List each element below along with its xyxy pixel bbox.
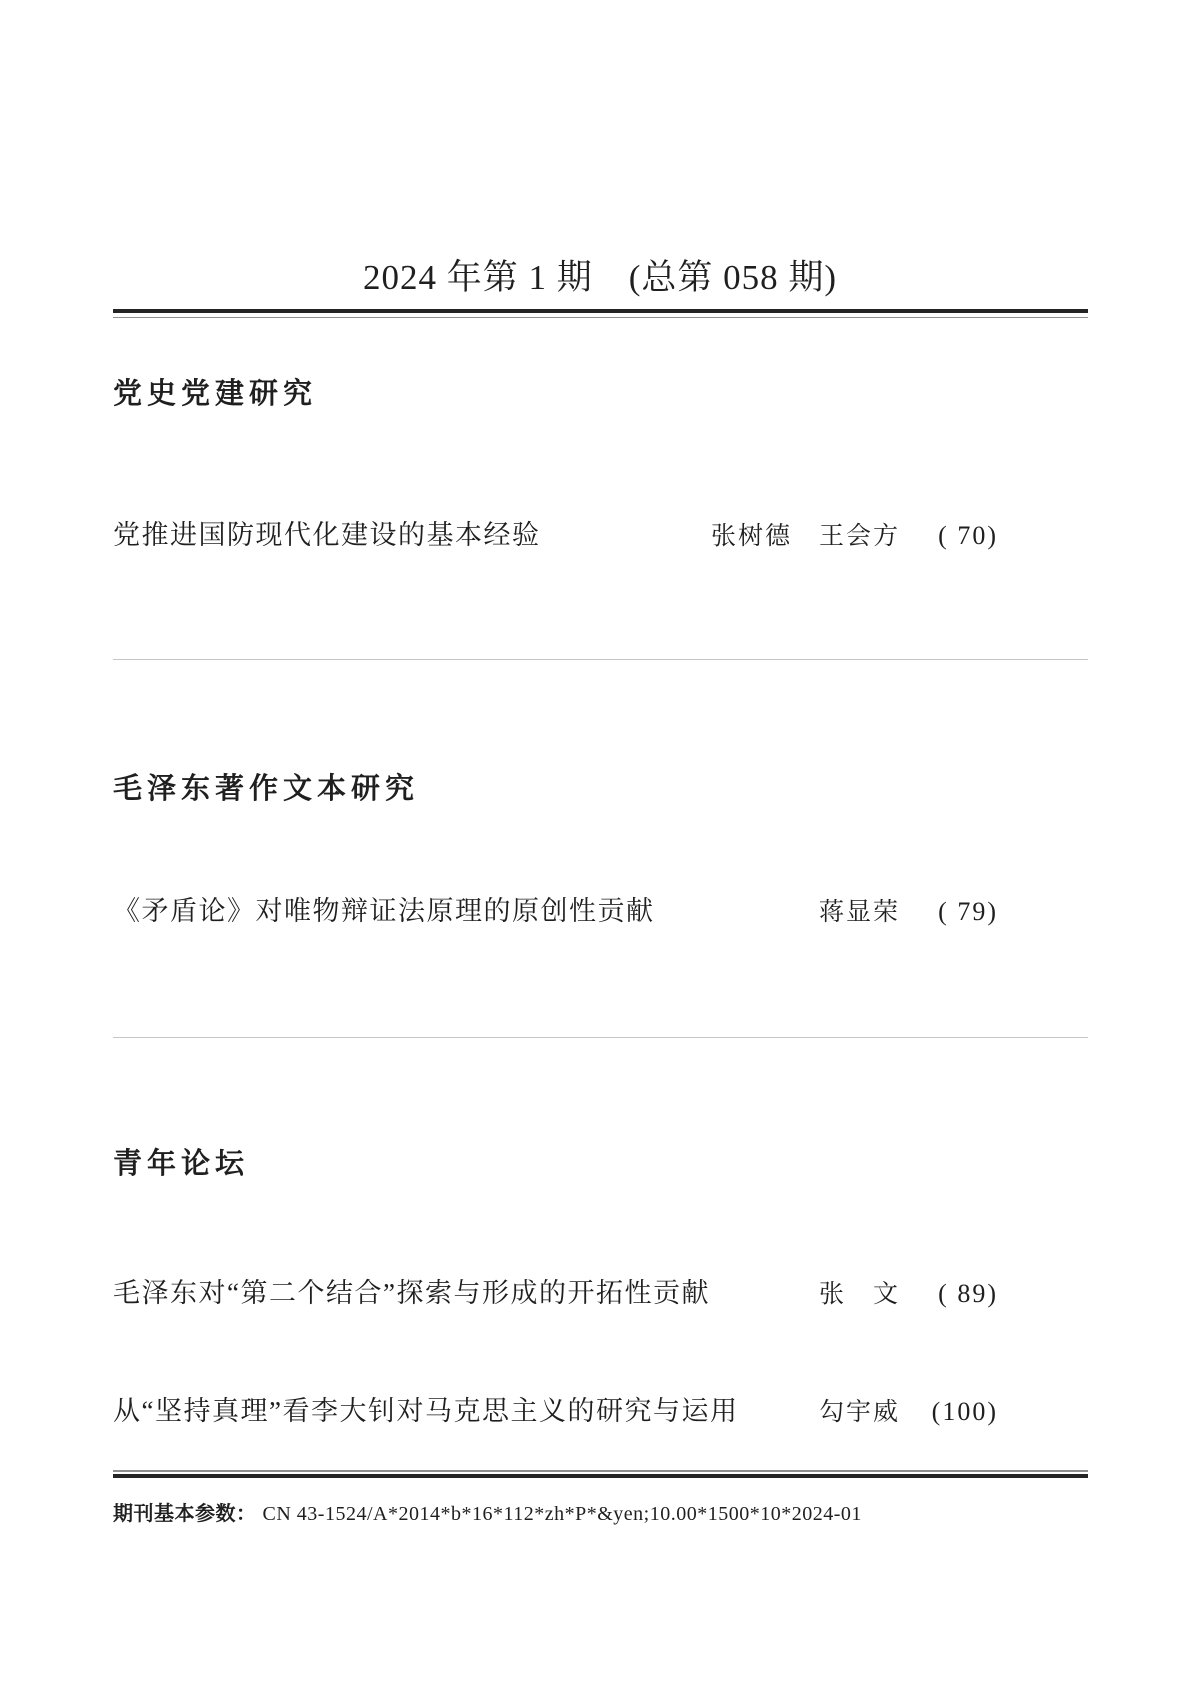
journal-parameters-line: 期刊基本参数：CN 43-1524/A*2014*b*16*112*zh*P*&…: [113, 1497, 862, 1526]
article-authors: 张树德 王会方: [711, 516, 900, 552]
article-authors: 张 文: [819, 1274, 900, 1310]
article-authors: 勾宇威: [819, 1392, 900, 1428]
article-authors: 蒋显荣: [819, 892, 900, 928]
section-heading-mao-texts: 毛泽东著作文本研究: [113, 766, 419, 807]
article-page-number: ( 89): [914, 1279, 998, 1309]
toc-entry: 毛泽东对“第二个结合”探索与形成的开拓性贡献 张 文 ( 89): [113, 1271, 998, 1310]
journal-toc-page: 2024 年第 1 期 (总第 058 期) 党史党建研究 党推进国防现代化建设…: [0, 0, 1200, 1697]
journal-parameters-value: CN 43-1524/A*2014*b*16*112*zh*P*&yen;10.…: [263, 1503, 862, 1525]
bottom-rule-thick-line: [113, 1474, 1088, 1478]
journal-parameters-label: 期刊基本参数：: [113, 1503, 257, 1525]
toc-entry: 从“坚持真理”看李大钊对马克思主义的研究与运用 勾宇威 (100): [113, 1389, 998, 1428]
bottom-double-rule: [113, 1470, 1088, 1478]
article-page-number: (100): [914, 1397, 998, 1427]
article-page-number: ( 70): [914, 521, 998, 551]
section-heading-youth-forum: 青年论坛: [113, 1141, 249, 1182]
toc-entry: 党推进国防现代化建设的基本经验 张树德 王会方 ( 70): [113, 513, 998, 552]
issue-title: 2024 年第 1 期 (总第 058 期): [0, 250, 1200, 300]
top-double-rule: [113, 309, 1088, 318]
section-divider: [113, 659, 1088, 660]
section-divider: [113, 1037, 1088, 1038]
top-rule-thin-line: [113, 317, 1088, 319]
article-page-number: ( 79): [914, 897, 998, 927]
article-title: 毛泽东对“第二个结合”探索与形成的开拓性贡献: [113, 1271, 710, 1310]
article-title: 从“坚持真理”看李大钊对马克思主义的研究与运用: [113, 1389, 738, 1428]
section-heading-party-history: 党史党建研究: [113, 371, 317, 412]
article-title: 党推进国防现代化建设的基本经验: [113, 513, 541, 552]
article-title: 《矛盾论》对唯物辩证法原理的原创性贡献: [113, 889, 655, 928]
toc-entry: 《矛盾论》对唯物辩证法原理的原创性贡献 蒋显荣 ( 79): [113, 889, 998, 928]
